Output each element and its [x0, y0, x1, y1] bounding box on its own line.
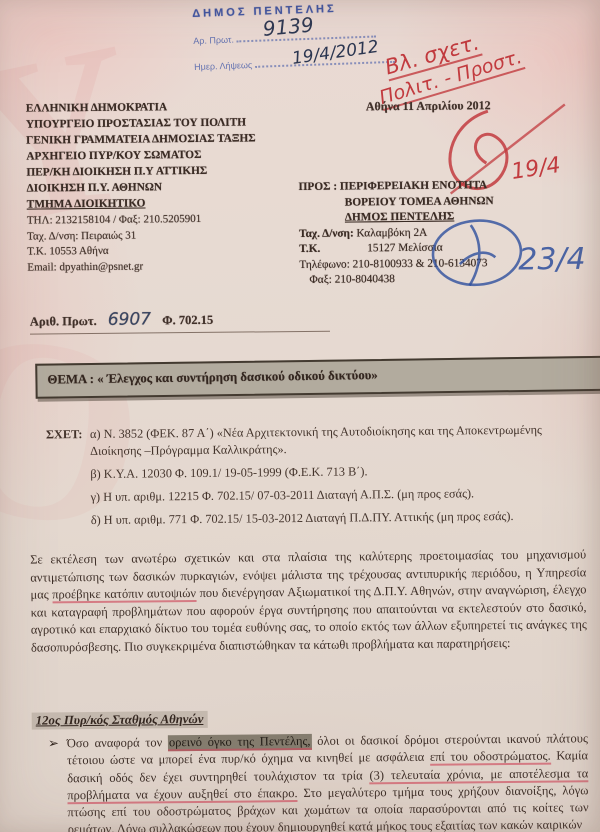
protocol-label: Αριθ. Πρωτ.: [30, 314, 97, 329]
references-block: ΣΧΕΤ: α) Ν. 3852 (ΦΕΚ. 87 Α΄) «Νέα Αρχιτ…: [46, 421, 582, 535]
stamp-date-label: Ημερ. Λήψεως: [194, 60, 252, 72]
protocol-file-number: Φ. 702.15: [162, 313, 213, 327]
bullet-text-part: Όσο αναφορά τον: [67, 735, 168, 750]
handwritten-protocol-value: 6907: [100, 309, 159, 330]
recipient-address-value: Καλαμβόκη 2Α: [356, 226, 427, 239]
reference-item: α) Ν. 3852 (ΦΕΚ. 87 Α΄) «Νέα Αρχιτεκτονι…: [90, 421, 581, 460]
protocol-line: Αριθ. Πρωτ. 6907 Φ. 702.15: [30, 308, 330, 335]
sender-block: ΕΛΛΗΝΙΚΗ ΔΗΜΟΚΡΑΤΙΑ ΥΠΟΥΡΓΕΙΟ ΠΡΟΣΤΑΣΙΑΣ…: [26, 98, 313, 276]
blue-note-text: 23/4: [518, 242, 586, 278]
handwritten-protocol-number: 9139: [262, 12, 315, 40]
sender-email: Email: dpyathin@psnet.gr: [27, 257, 312, 275]
references-label: ΣΧΕΤ:: [46, 426, 83, 443]
bullet-item: ➢ Όσο αναφορά τον ορεινό όγκο της Πεντέλ…: [48, 730, 589, 832]
bullet-arrow-icon: ➢: [48, 735, 60, 832]
body-paragraph: Σε εκτέλεση των ανωτέρω σχετικών και στα…: [30, 546, 587, 656]
recipient-tk-label: Τ.Κ.: [299, 243, 320, 255]
stamp-protocol-row: Αρ. Πρωτ. 9139: [193, 26, 423, 46]
stamp-protocol-label: Αρ. Πρωτ.: [193, 35, 234, 46]
sender-department: ΤΜΗΜΑ ΔΙΟΙΚΗΤΙΚΟ: [27, 194, 312, 213]
red-underlined-phrase: επί του οδοστρώματος.: [430, 749, 551, 766]
document-date: Αθήνα 11 Απριλίου 2012: [366, 98, 491, 114]
reference-item: γ) Η υπ. αριθμ. 12215 Φ. 702.15/ 07-03-2…: [90, 484, 581, 506]
section-heading: 12ος Πυρ/κός Σταθμός Αθηνών: [32, 711, 208, 730]
recipient-line1: ΠΕΡΙΦΕΡΕΙΑΚΗ ΕΝΟΤΗΤΑ: [340, 179, 487, 192]
red-underlined-phrase: προέβηκε κατόπιν αυτοψιών: [52, 586, 196, 603]
recipient-label: ΠΡΟΣ :: [299, 181, 338, 193]
document-content: ΔΗΜΟΣ ΠΕΝΤΕΛΗΣ Αρ. Πρωτ. 9139 Ημερ. Λήψε…: [0, 0, 600, 832]
bullet-text: Όσο αναφορά τον ορεινό όγκο της Πεντέλης…: [67, 730, 589, 832]
recipient-tk-value: 15127 Μελίσσια: [323, 242, 443, 255]
reference-item: β) Κ.Υ.Α. 12030 Φ. 109.1/ 19-05-1999 (Φ.…: [90, 461, 581, 483]
blue-pen-annotation: 23/4: [426, 202, 598, 310]
recipient-address-label: Ταχ. Δ/νση:: [299, 227, 354, 240]
subject-box: ΘΕΜΑ : « Έλεγχος και συντήρηση δασικού ο…: [35, 356, 600, 399]
document-page: Y O ΔΗΜΟΣ ΠΕΝΤΕΛΗΣ Αρ. Πρωτ. 9139 Ημερ. …: [0, 0, 600, 832]
reference-item: δ) Η υπ. αριθμ. 771 Φ. 702.15/ 15-03-201…: [91, 507, 582, 529]
highlighted-phrase: ορεινό όγκο της Πεντέλης,: [168, 734, 312, 751]
